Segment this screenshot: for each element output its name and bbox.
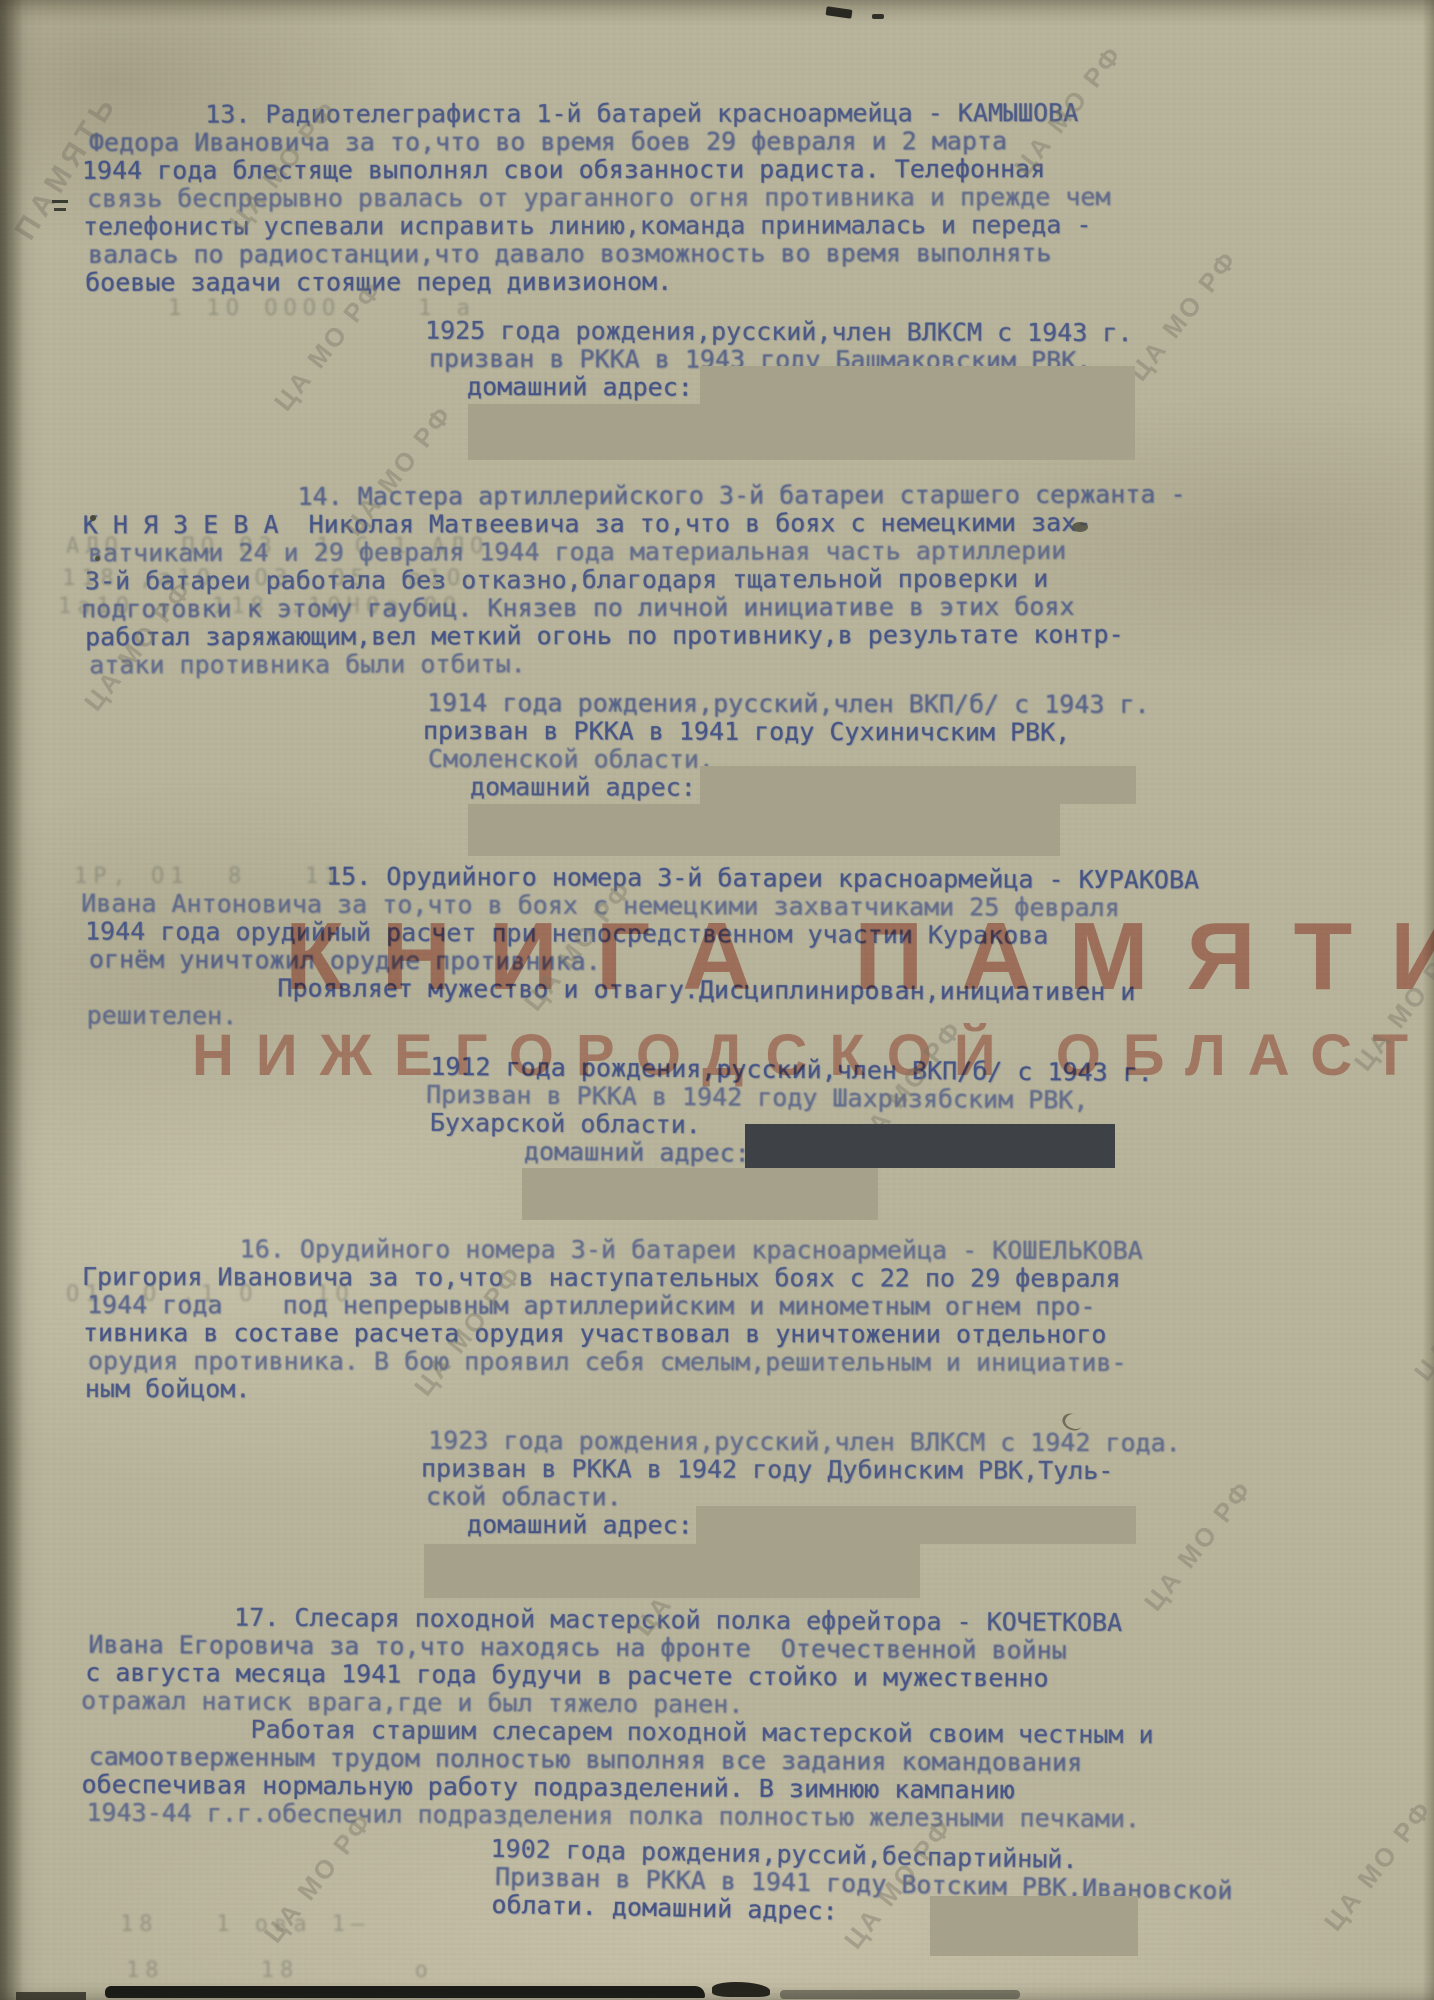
citation-paragraph-line: телефонисты успевали исправить линию,ком… [83, 211, 1107, 241]
soldier-info-block-line: 1914 года рождения,русский,член ВКП/б/ с… [427, 689, 1150, 719]
soldier-info-block-line: призван в РККА в 1941 году Сухиничским Р… [423, 717, 1146, 747]
citation-paragraph-line: решителен. [87, 1002, 1201, 1035]
archive-watermark-stamp: ЦА МО РФ [1348, 934, 1434, 1077]
redaction-box-light [522, 1168, 878, 1220]
document-scan-page: 1 1О ОООО 1 аАЛО ПО ОЗ 1 С 1 АЛО118 ,а1О… [0, 0, 1434, 2000]
citation-paragraph-line: ватчиками 24 и 29 февраля 1944 года мате… [88, 537, 1187, 568]
top-edge-mark [872, 14, 884, 19]
citation-paragraph-line: 13. Радиотелеграфиста 1-й батарей красно… [85, 99, 1109, 129]
redaction-box-light [700, 366, 1135, 404]
citation-paragraph-line: ным бойцом. [85, 1375, 1139, 1405]
citation-paragraph-13: 13. Радиотелеграфиста 1-й батарей красно… [85, 99, 1109, 297]
citation-paragraph-line: валась по радиостанции,что давало возмож… [88, 239, 1112, 269]
citation-paragraph-line: 1943-44 г.г.обеспечил подразделения полк… [86, 1799, 1155, 1834]
archive-watermark-stamp: ЦА МО РФ [1318, 1794, 1434, 1937]
margin-stroke [52, 200, 68, 203]
citation-paragraph-line: подготовки к этому гаубиц. Князев по лич… [81, 593, 1180, 624]
redaction-box-light [468, 404, 1135, 460]
redaction-box-light [930, 1896, 1138, 1956]
citation-paragraph-17: 17. Слесаря походной мастерской полка еф… [84, 1603, 1154, 1834]
soldier-info-block-line: 1923 года рождения,русский,член ВЛКСМ с … [428, 1427, 1181, 1458]
citation-paragraph-line: 1944 года под непрерывным артиллерийским… [87, 1291, 1141, 1321]
redaction-box-light [696, 1506, 1136, 1544]
archive-watermark-stamp: ЦА МО РФ [1408, 1244, 1434, 1387]
citation-paragraph-line: работал заряжающим,вел меткий огонь по п… [85, 621, 1184, 652]
citation-paragraph-line: Федора Ивановича за то,что во время боев… [89, 127, 1113, 157]
torn-bottom-edge [105, 1986, 705, 1998]
margin-stroke [54, 208, 66, 211]
redaction-box-light [424, 1544, 920, 1598]
soldier-info-block-line: призван в РККА в 1942 году Дубинским РВК… [421, 1455, 1174, 1486]
citation-paragraph-line: Григория Ивановича за то,что в наступате… [82, 1263, 1136, 1293]
citation-paragraph-line: тивника в составе расчета орудия участво… [83, 1319, 1137, 1349]
citation-paragraph-line: атаки противника были отбиты. [89, 649, 1188, 680]
ghost-text-fragment: 18 1 ова 1— [120, 1912, 370, 1938]
soldier-info-block-line: 1925 года рождения,русский,член ВЛКСМ с … [425, 317, 1133, 347]
citation-paragraph-14: 14. Мастера артиллерийского 3-й батареи … [85, 481, 1184, 680]
citation-paragraph-15: 15. Орудийного номера 3-й батареи красно… [85, 862, 1200, 1035]
citation-paragraph-line: К Н Я З Е В А Николая Матвеевича за то,ч… [83, 509, 1182, 540]
citation-paragraph-line: связь беспрерывно рвалась от ураганного … [87, 183, 1111, 213]
redaction-box-dark [745, 1124, 1115, 1168]
citation-paragraph-line: боевые задачи стоящие перед дивизионом. [85, 267, 1109, 297]
citation-paragraph-line: 14. Мастера артиллерийского 3-й батареи … [87, 481, 1186, 512]
citation-paragraph-line: 16. Орудийного номера 3-й батареи красно… [89, 1235, 1143, 1265]
citation-paragraph-line: 1944 года блестяще выполнял свои обязанн… [82, 155, 1106, 185]
citation-paragraph-16: 16. Орудийного номера 3-й батареи красно… [85, 1235, 1139, 1405]
ghost-text-fragment: 18 18 о [126, 1958, 434, 1984]
torn-bottom-edge [16, 1992, 86, 2000]
top-edge-mark [826, 6, 853, 19]
archive-watermark-stamp: ЦА МО РФ [1123, 244, 1244, 387]
citation-paragraph-line: 3-й батареи работала без отказно,благода… [85, 565, 1184, 596]
citation-paragraph-line: орудия противника. В бою проявил себя см… [88, 1347, 1142, 1377]
redaction-box-light [700, 766, 1136, 804]
torn-bottom-edge [712, 1982, 770, 1997]
redaction-box-light [468, 804, 1060, 856]
torn-bottom-edge [780, 1990, 1020, 1999]
